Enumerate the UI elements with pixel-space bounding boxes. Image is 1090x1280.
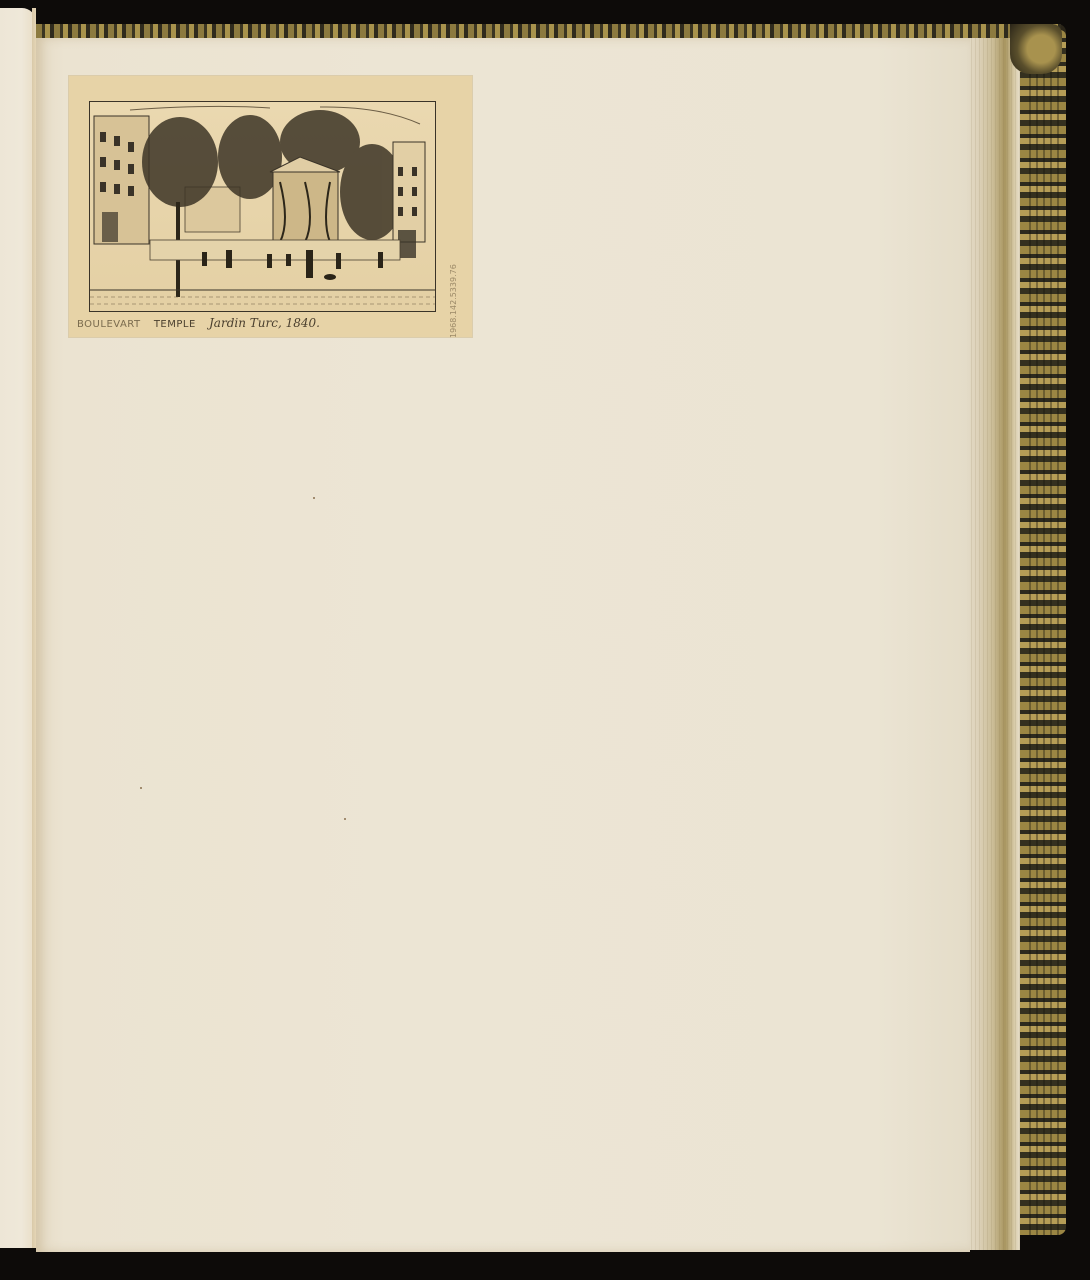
gilt-border-top: [36, 24, 1061, 38]
left-facing-page-edge: [0, 8, 36, 1248]
caption-handwritten: Jardin Turc, 1840.: [209, 316, 320, 330]
gilt-border-right: [1018, 30, 1066, 1235]
gilt-corner-ornament: [1010, 24, 1062, 74]
drawing-illustration: [90, 102, 435, 311]
paper-speck: [140, 787, 142, 789]
inventory-number: 1968.142.5339.76: [449, 264, 458, 338]
print-caption: BOULEVART TEMPLE Jardin Turc, 1840.: [69, 316, 409, 330]
paper-speck: [344, 818, 346, 820]
drawing: [89, 101, 436, 312]
caption-place-word-2: TEMPLE: [154, 319, 196, 330]
caption-place-word-1: BOULEVART: [77, 319, 141, 330]
album-photo: BOULEVART TEMPLE Jardin Turc, 1840. 1968…: [0, 0, 1090, 1280]
pasted-print: BOULEVART TEMPLE Jardin Turc, 1840. 1968…: [69, 76, 472, 337]
paper-speck: [313, 497, 315, 499]
